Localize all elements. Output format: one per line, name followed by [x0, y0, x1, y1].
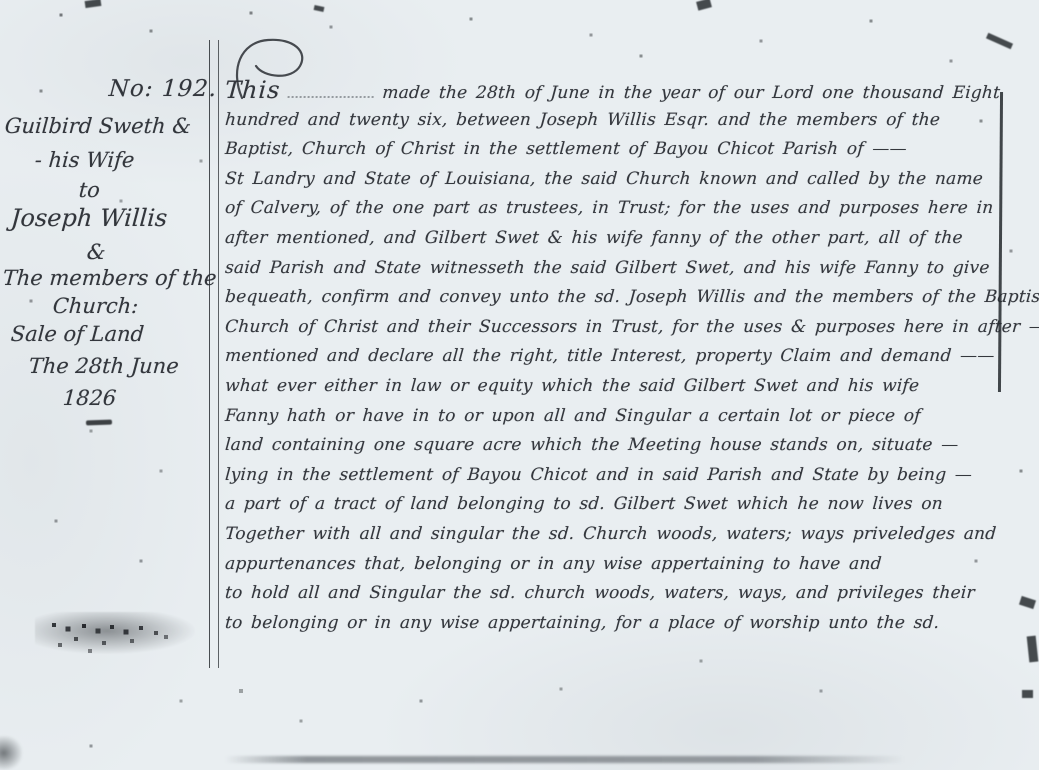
deed-line: lying in the settlement of Bayou Chicot … [224, 461, 1016, 491]
scanned-deed-page: No: 192. Guilbird Sweth & - his Wife to … [0, 0, 1039, 770]
docket-line-grantee: Joseph Willis [10, 204, 168, 232]
deed-line-text: made the 28th of June in the year of our… [382, 83, 1001, 103]
docket-line-year: 1826 [62, 386, 117, 410]
deed-line: St Landry and State of Louisiana, the sa… [224, 165, 1016, 195]
deed-line: Church of Christ and their Successors in… [224, 313, 1016, 343]
deed-line: after mentioned, and Gilbert Swet & his … [224, 224, 1016, 254]
scan-artifact [696, 0, 712, 11]
deed-line: what ever either in law or equity which … [224, 372, 1016, 402]
year-underline-mark [86, 420, 112, 426]
deed-body: Thismade the 28th of June in the year of… [224, 76, 1014, 638]
docket-line-to: to [78, 178, 101, 202]
docket-line-members: The members of the [2, 266, 217, 290]
deed-opening-word: This [224, 76, 281, 104]
docket-line-parties-1: Guilbird Sweth & [4, 114, 192, 138]
deed-line: to belonging or in any wise appertaining… [224, 609, 1016, 639]
ink-smudge [35, 612, 195, 654]
docket-number: No: 192. [108, 76, 218, 102]
docket-line-date: The 28th June [28, 354, 180, 378]
deed-line: appurtenances that, belonging or in any … [224, 550, 1016, 580]
deed-line: bequeath, confirm and convey unto the sd… [224, 283, 1016, 313]
deed-line: land containing one square acre which th… [224, 431, 1016, 461]
corner-smudge [0, 736, 22, 770]
docket-line-sale-of-land: Sale of Land [10, 322, 145, 346]
docket-line-church: Church: [52, 294, 139, 318]
scan-artifact [314, 5, 325, 12]
deed-line: hundred and twenty six, between Joseph W… [224, 106, 1016, 136]
deed-line: Thismade the 28th of June in the year of… [224, 76, 1016, 106]
scan-artifact [1027, 636, 1039, 663]
deed-line: said Parish and State witnesseth the sai… [224, 254, 1016, 284]
deed-line: Baptist, Church of Christ in the settlem… [224, 135, 1016, 165]
docket-line-ampersand: & [86, 240, 106, 264]
docket-margin: No: 192. Guilbird Sweth & - his Wife to … [0, 0, 208, 770]
blank-space-mark [288, 90, 375, 98]
scan-artifact [1022, 690, 1033, 698]
deed-line: mentioned and declare all the right, tit… [224, 342, 1016, 372]
deed-line: Together with all and singular the sd. C… [224, 520, 1016, 550]
ink-smudge-speckles [45, 618, 47, 620]
deed-line: of Calvery, of the one part as trustees,… [224, 194, 1016, 224]
scan-artifact [1019, 596, 1036, 609]
scan-streak [225, 756, 905, 763]
deed-line: to hold all and Singular the sd. church … [224, 579, 1016, 609]
docket-line-parties-2: - his Wife [34, 148, 135, 172]
deed-line: Fanny hath or have in to or upon all and… [224, 402, 1016, 432]
margin-rule [209, 40, 219, 668]
deed-line: a part of a tract of land belonging to s… [224, 490, 1016, 520]
scan-artifact [986, 33, 1013, 49]
